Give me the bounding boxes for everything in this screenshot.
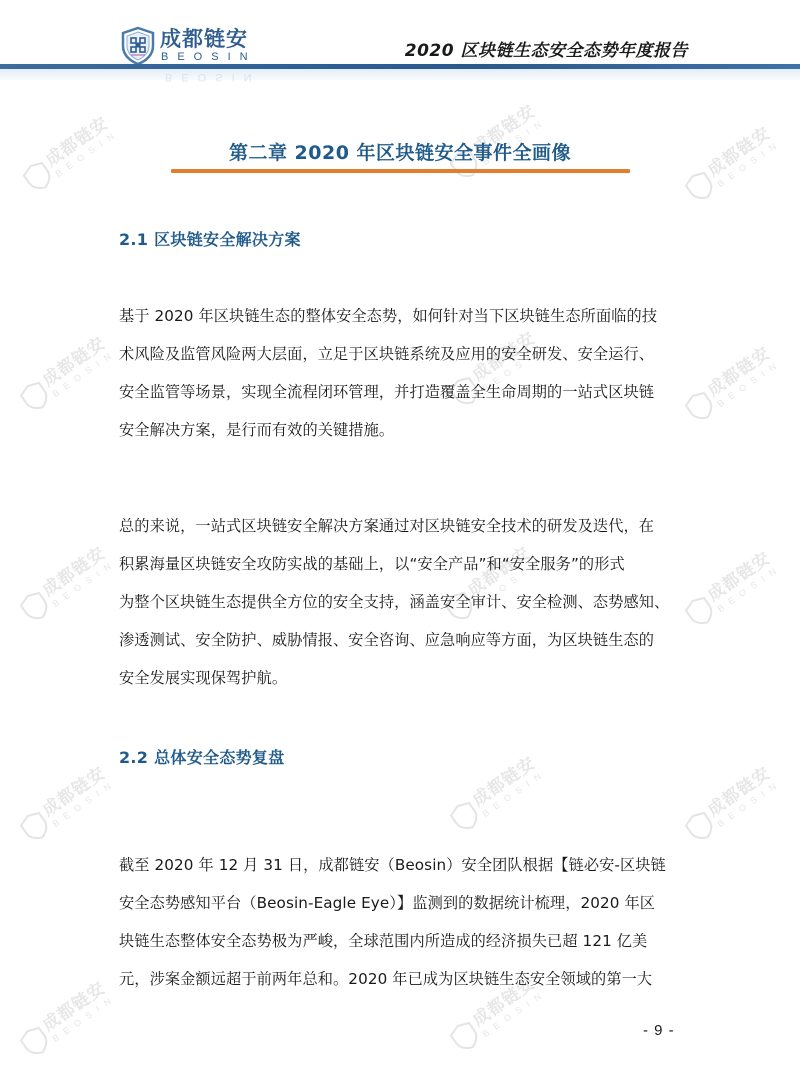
watermark: 成都链安BEOSIN — [446, 752, 548, 835]
watermark-shield-icon — [446, 798, 483, 836]
watermark-shield-icon — [16, 588, 53, 626]
watermark-shield-icon — [16, 808, 53, 846]
chapter-underline — [171, 169, 630, 173]
watermark: 成都链安BEOSIN — [681, 762, 783, 845]
text-line: 术风险及监管风险两大层面，立足于区块链系统及应用的安全研发、安全运行、 — [119, 335, 689, 373]
text-line: 为整个区块链生态提供全方位的安全支持，涵盖安全审计、安全检测、态势感知、 — [119, 583, 689, 621]
watermark: 成都链安BEOSIN — [16, 332, 118, 415]
chapter-title: 第二章 2020 年区块链安全事件全画像 — [0, 138, 800, 165]
logo-reflection: BEOSIN — [165, 71, 261, 83]
watermark-shield-icon — [446, 1018, 483, 1056]
page-header: 成都链安 BEOSIN 2020 区块链生态安全态势年度报告 BEOSIN — [0, 0, 800, 80]
logo-name-en: BEOSIN — [161, 52, 257, 63]
text-line: 块链生态整体安全态势极为严峻，全球范围内所造成的经济损失已超 121 亿美 — [119, 922, 689, 960]
text-line: 安全解决方案，是行而有效的关键措施。 — [119, 411, 689, 449]
watermark: 成都链安BEOSIN — [681, 342, 783, 425]
shield-logo-icon — [120, 26, 156, 66]
header-divider-shadow — [0, 69, 800, 79]
text-line: 元，涉案金额远超于前两年总和。2020 年已成为区块链生态安全领域的第一大 — [119, 960, 689, 998]
text-line: 渗透测试、安全防护、威胁情报、安全咨询、应急响应等方面，为区块链生态的 — [119, 621, 689, 659]
page-number: - 9 - — [643, 1022, 675, 1039]
watermark-shield-icon — [681, 808, 718, 846]
text-line: 安全发展实现保驾护航。 — [119, 659, 689, 697]
paragraph: 基于 2020 年区块链生态的整体安全态势，如何针对当下区块链生态所面临的技 术… — [119, 297, 689, 449]
section-heading-2-2: 2.2 总体安全态势复盘 — [119, 745, 285, 768]
logo: 成都链安 BEOSIN — [120, 26, 257, 66]
logo-name-cn: 成都链安 — [160, 29, 257, 50]
text-line: 基于 2020 年区块链生态的整体安全态势，如何针对当下区块链生态所面临的技 — [119, 297, 689, 335]
text-line: 安全态势感知平台（Beosin-Eagle Eye）】监测到的数据统计梳理，20… — [119, 884, 689, 922]
watermark-shield-icon — [16, 378, 53, 416]
document-page: 成都链安BEOSIN 成都链安BEOSIN 成都链安BEOSIN 成都链安BEO… — [0, 0, 800, 1071]
watermark: 成都链安BEOSIN — [16, 542, 118, 625]
text-line: 截至 2020 年 12 月 31 日，成都链安（Beosin）安全团队根据【链… — [119, 846, 689, 884]
paragraph: 总的来说，一站式区块链安全解决方案通过对区块链安全技术的研发及迭代，在 积累海量… — [119, 507, 689, 697]
text-line: 安全监管等场景，实现全流程闭环管理，并打造覆盖全生命周期的一站式区块链 — [119, 373, 689, 411]
watermark-shield-icon — [16, 1023, 53, 1061]
section-heading-2-1: 2.1 区块链安全解决方案 — [119, 227, 301, 250]
paragraph: 截至 2020 年 12 月 31 日，成都链安（Beosin）安全团队根据【链… — [119, 846, 689, 998]
watermark: 成都链安BEOSIN — [16, 762, 118, 845]
text-line: 总的来说，一站式区块链安全解决方案通过对区块链安全技术的研发及迭代，在 — [119, 507, 689, 545]
watermark-shield-icon — [681, 168, 718, 206]
watermark: 成都链安BEOSIN — [681, 547, 783, 630]
report-title: 2020 区块链生态安全态势年度报告 — [405, 36, 688, 61]
watermark: 成都链安BEOSIN — [16, 977, 118, 1060]
text-line: 积累海量区块链安全攻防实战的基础上，以“安全产品”和“安全服务”的形式 — [119, 545, 689, 583]
